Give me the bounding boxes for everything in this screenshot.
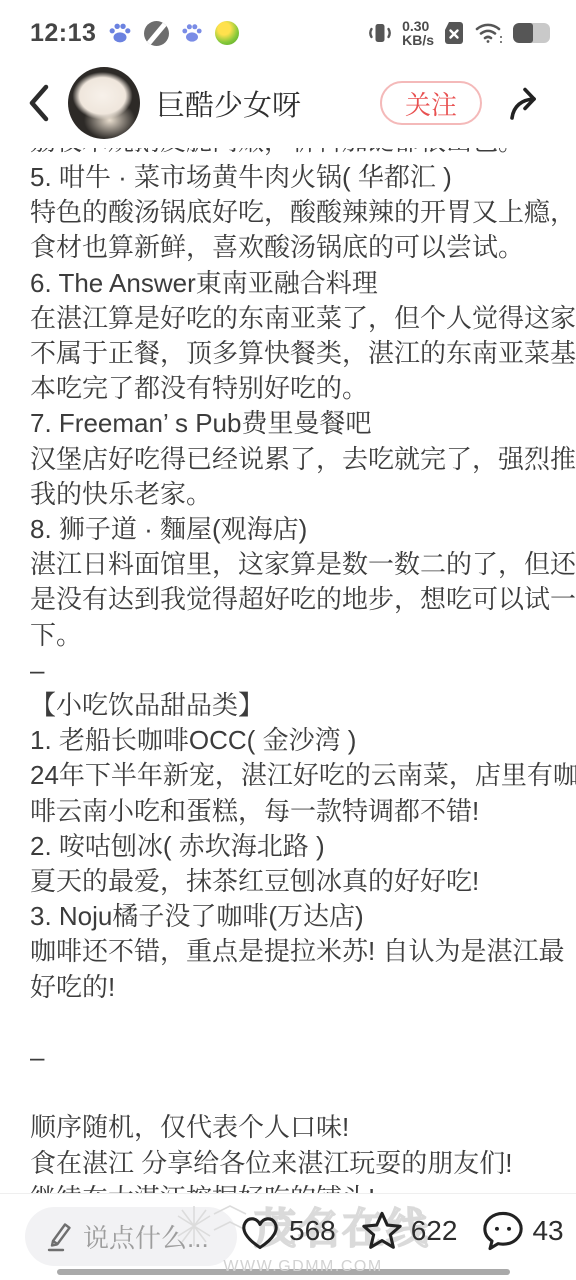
comment-input[interactable]: 说点什么...	[25, 1207, 237, 1266]
content-line: 特色的酸汤锅底好吃，酸酸辣辣的开胃又上瘾，	[30, 195, 548, 230]
vibrate-icon	[367, 20, 393, 46]
content-line: 24年下半年新宠，湛江好吃的云南菜，店里有咖	[30, 758, 548, 793]
content-line: 汉堡店好吃得已经说累了，去吃就完了，强烈推荐，	[30, 442, 548, 477]
content-line: 夏天的最爱，抹茶红豆刨冰真的好好吃!	[30, 864, 548, 899]
content-line: 7. Freeman’ s Pub费里曼餐吧	[30, 406, 548, 441]
like-button[interactable]	[238, 1210, 282, 1252]
back-button[interactable]	[28, 80, 58, 126]
content-line: 我的快乐老家。	[30, 477, 548, 512]
content-line: –	[30, 1040, 548, 1075]
content-line: 食材也算新鲜，喜欢酸汤锅底的可以尝试。	[30, 230, 548, 265]
clock: 12:13	[30, 19, 96, 48]
content-line: 6. The Answer東南亚融合料理	[30, 266, 548, 301]
browser-notification-icon	[144, 21, 169, 46]
content-line: 继续在大湛江挖掘好吃的铺头!	[30, 1181, 548, 1193]
content-line	[30, 1075, 548, 1110]
post-body: 荔枝木烧鹅皮脆肉嫩，斩料加餸都很出色。 5. 咁牛 · 菜市场黄牛肉火锅( 华都…	[0, 148, 576, 1193]
collect-count: 622	[411, 1215, 458, 1247]
bottom-bar: 茂名在线 WWW.GDMM.COM 说点什么... 568	[0, 1193, 576, 1280]
share-button[interactable]	[504, 80, 550, 126]
comment-count: 43	[532, 1215, 563, 1247]
follow-button[interactable]: 关注	[380, 81, 482, 125]
content-line	[30, 1005, 548, 1040]
paw-notification-icon-2	[180, 21, 204, 45]
content-line: 5. 咁牛 · 菜市场黄牛肉火锅( 华都汇 )	[30, 160, 548, 195]
comment-button[interactable]	[481, 1210, 525, 1252]
content-line: 3. Noju橘子没了咖啡(万达店)	[30, 899, 548, 934]
username[interactable]: 巨酷少女呀	[156, 83, 380, 124]
clipped-line-top: 荔枝木烧鹅皮脆肉嫩，斩料加餸都很出色。	[30, 148, 548, 160]
post-text-lines: 5. 咁牛 · 菜市场黄牛肉火锅( 华都汇 )特色的酸汤锅底好吃，酸酸辣辣的开胃…	[30, 160, 548, 1193]
content-line: 在湛江算是好吃的东南亚菜了，但个人觉得这家	[30, 301, 548, 336]
content-line: 不属于正餐，顶多算快餐类，湛江的东南亚菜基	[30, 336, 548, 371]
content-line: –	[30, 653, 548, 688]
content-line: 好吃的!	[30, 970, 548, 1005]
content-line: 1. 老船长咖啡OCC( 金沙湾 )	[30, 723, 548, 758]
no-sim-icon	[443, 20, 465, 46]
content-line: 8. 狮子道 · 麵屋(观海店)	[30, 512, 548, 547]
content-line: 顺序随机，仅代表个人口味!	[30, 1110, 548, 1145]
content-line: 食在湛江 分享给各位来湛江玩耍的朋友们!	[30, 1146, 548, 1181]
app-notification-icon	[215, 21, 239, 45]
content-line: 咖啡还不错，重点是提拉米苏! 自认为是湛江最	[30, 934, 548, 969]
content-line: 湛江日料面馆里，这家算是数一数二的了，但还	[30, 547, 548, 582]
content-line: 下。	[30, 618, 548, 653]
collect-button[interactable]	[360, 1210, 404, 1252]
like-count: 568	[289, 1215, 336, 1247]
post-header: 巨酷少女呀 关注	[0, 58, 576, 148]
pencil-icon	[43, 1221, 73, 1253]
avatar[interactable]	[68, 67, 140, 139]
content-line: 是没有达到我觉得超好吃的地步，想吃可以试一	[30, 582, 548, 617]
status-bar: 12:13 0.30 KB	[0, 0, 576, 58]
battery-icon	[513, 23, 550, 43]
comment-placeholder: 说点什么...	[83, 1218, 209, 1255]
app-screen: 12:13 0.30 KB	[0, 0, 576, 1280]
content-line: 2. 咹咕刨冰( 赤坎海北路 )	[30, 829, 548, 864]
content-line: 本吃完了都没有特别好吃的。	[30, 371, 548, 406]
content-line: 【小吃饮品甜品类】	[30, 688, 548, 723]
wifi-icon	[474, 21, 504, 45]
home-indicator[interactable]	[57, 1269, 510, 1275]
content-line: 啡云南小吃和蛋糕，每一款特调都不错!	[30, 794, 548, 829]
paw-notification-icon	[107, 20, 133, 46]
network-speed: 0.30 KB/s	[402, 19, 434, 47]
